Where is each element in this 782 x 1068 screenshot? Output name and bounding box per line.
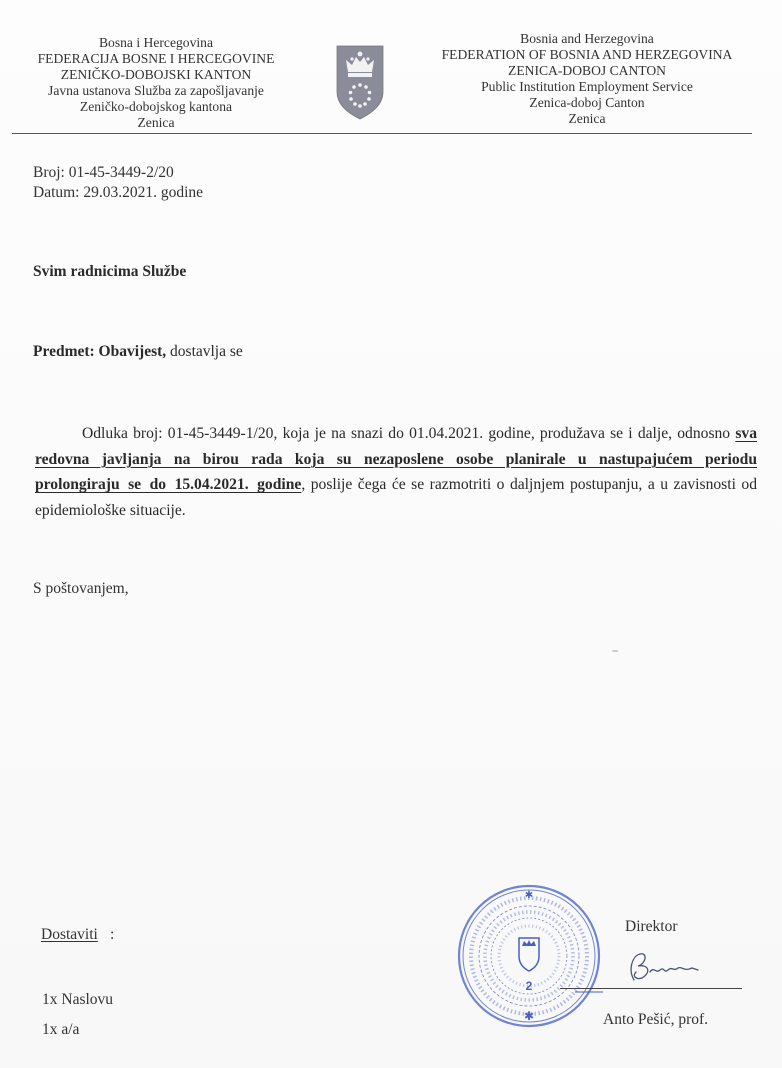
distribution-item: 1x Naslovu	[42, 985, 113, 1015]
header-left-line: FEDERACIJA BOSNE I HERCEGOVINE	[20, 51, 292, 67]
document-page: Bosna i Hercegovina FEDERACIJA BOSNE I H…	[0, 0, 782, 1068]
header-left-line: Zeničko-dobojskog kantona	[20, 99, 292, 115]
distribution-title-colon: :	[110, 926, 114, 944]
stamp-number: 2	[526, 979, 533, 993]
subject-rest: dostavlja se	[166, 343, 243, 360]
svg-text:✱: ✱	[525, 890, 533, 901]
document-meta: Broj: 01-45-3449-2/20 Datum: 29.03.2021.…	[33, 163, 203, 203]
distribution-item: 1x a/a	[42, 1015, 113, 1045]
document-number: Broj: 01-45-3449-2/20	[33, 163, 203, 183]
body-paragraph: Odluka broj: 01-45-3449-1/20, koja je na…	[35, 421, 757, 523]
header-right-line: Bosnia and Herzegovina	[426, 31, 748, 47]
distribution-title: Dostaviti	[41, 926, 98, 944]
header-right-english: Bosnia and Herzegovina FEDERATION OF BOS…	[426, 31, 748, 127]
distribution-list: 1x Naslovu 1x a/a	[42, 985, 113, 1045]
svg-text:✱: ✱	[524, 1009, 534, 1023]
signatory-name: Anto Pešić, prof.	[603, 1011, 708, 1029]
body-text-part1: Odluka broj: 01-45-3449-1/20, koja je na…	[82, 425, 735, 442]
header-divider	[12, 133, 752, 134]
coat-of-arms-crown-stars-icon	[336, 44, 384, 120]
handwritten-signature-icon	[622, 946, 712, 986]
signatory-title: Direktor	[625, 918, 678, 936]
recipient: Svim radnicima Službe	[33, 263, 186, 281]
document-date: Datum: 29.03.2021. godine	[33, 183, 203, 203]
header-right-line: Zenica-doboj Canton	[426, 95, 748, 111]
header-left-line: ZENIČKO-DOBOJSKI KANTON	[20, 67, 292, 83]
header-left-line: Bosna i Hercegovina	[20, 35, 292, 51]
scan-artifact	[612, 650, 618, 652]
official-stamp-icon: 2 ✱ ✱	[455, 882, 603, 1030]
signature-line	[560, 988, 742, 989]
header-right-line: Public Institution Employment Service	[426, 79, 748, 95]
closing-salutation: S poštovanjem,	[33, 580, 129, 598]
header-left-bosnian: Bosna i Hercegovina FEDERACIJA BOSNE I H…	[20, 35, 292, 131]
distribution-title-text: Dostaviti	[41, 926, 98, 943]
subject-line: Predmet: Obavijest, dostavlja se	[33, 343, 243, 361]
header-left-line: Zenica	[20, 115, 292, 131]
header-right-line: Zenica	[426, 111, 748, 127]
header-left-line: Javna ustanova Služba za zapošljavanje	[20, 83, 292, 99]
header-right-line: ZENICA-DOBOJ CANTON	[426, 63, 748, 79]
header-right-line: FEDERATION OF BOSNIA AND HERZEGOVINA	[426, 47, 748, 63]
subject-label: Predmet: Obavijest,	[33, 343, 166, 360]
